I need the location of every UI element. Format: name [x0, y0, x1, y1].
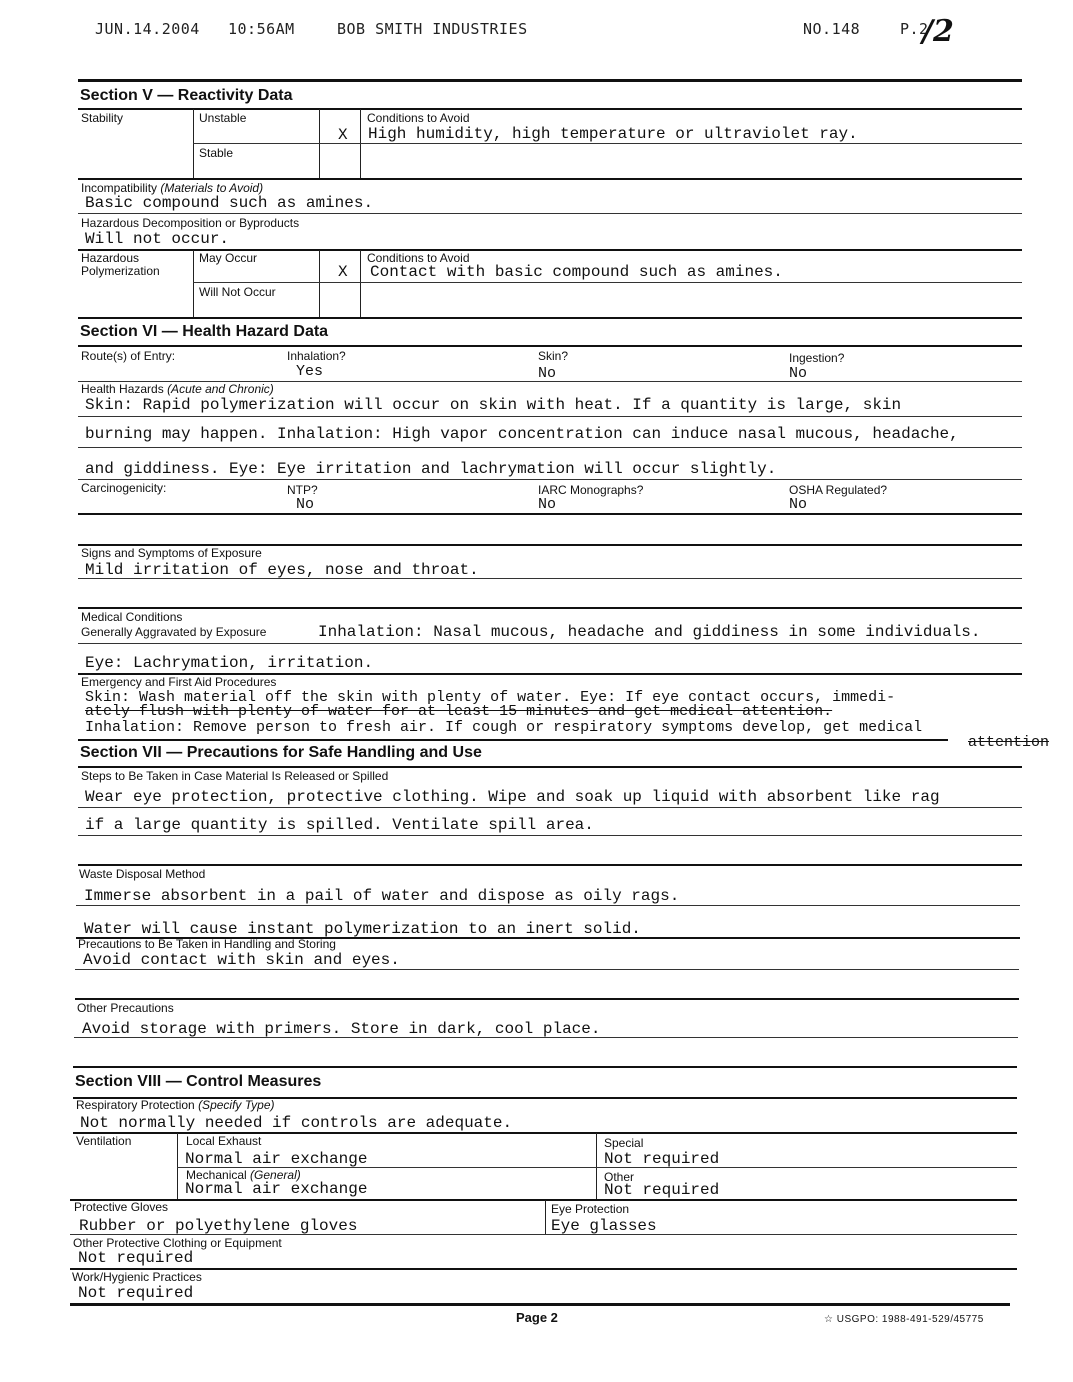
other-precautions-value: Avoid storage with primers. Store in dar…: [82, 1021, 600, 1038]
decomposition-label: Hazardous Decomposition or Byproducts: [81, 217, 299, 230]
page-number: Page 2: [516, 1310, 558, 1325]
first-aid-label: Emergency and First Aid Procedures: [81, 676, 276, 689]
divider: [70, 1268, 1017, 1270]
iarc-value: No: [538, 497, 556, 512]
divider: [78, 79, 1022, 82]
divider: [78, 864, 1022, 866]
other-ventilation-value: Not required: [604, 1182, 719, 1199]
may-occur-label: May Occur: [199, 252, 257, 265]
local-exhaust-value: Normal air exchange: [185, 1151, 367, 1168]
may-occur-checkbox[interactable]: X: [338, 264, 348, 281]
health-hazards-line-3: and giddiness. Eye: Eye irritation and l…: [85, 461, 776, 478]
unstable-label: Unstable: [199, 112, 246, 125]
polymerization-label-2: Polymerization: [81, 265, 160, 278]
spill-line-2: if a large quantity is spilled. Ventilat…: [85, 817, 594, 834]
will-not-occur-label: Will Not Occur: [199, 286, 276, 299]
divider: [78, 766, 1022, 768]
divider: [78, 739, 948, 741]
special-label: Special: [604, 1137, 643, 1150]
section5-title: Section V — Reactivity Data: [80, 87, 293, 105]
inhalation-label: Inhalation?: [287, 350, 346, 363]
medical-label-1: Medical Conditions: [81, 611, 182, 624]
fax-date: JUN.14.2004: [95, 20, 200, 38]
respiratory-value: Not normally needed if controls are adeq…: [80, 1115, 512, 1132]
other-precautions-label: Other Precautions: [77, 1002, 174, 1015]
incompatibility-value: Basic compound such as amines.: [85, 195, 373, 212]
first-aid-line-4: attention: [968, 735, 1049, 750]
hygiene-value: Not required: [78, 1285, 193, 1302]
local-exhaust-label: Local Exhaust: [186, 1135, 261, 1148]
section7-title: Section VII — Precautions for Safe Handl…: [80, 744, 482, 762]
divider: [78, 345, 1022, 347]
routes-label: Route(s) of Entry:: [81, 350, 175, 363]
divider: [193, 143, 1022, 144]
divider: [75, 969, 1019, 970]
divider: [78, 513, 1022, 515]
divider: [177, 1167, 1017, 1168]
divider: [319, 250, 320, 317]
polymerization-conditions-value: Contact with basic compound such as amin…: [370, 264, 783, 281]
respiratory-label-text: Respiratory Protection: [76, 1098, 195, 1112]
ventilation-label: Ventilation: [76, 1135, 131, 1148]
stability-conditions-label: Conditions to Avoid: [367, 112, 470, 125]
medical-line-2: Eye: Lachrymation, irritation.: [85, 655, 373, 672]
spill-label: Steps to Be Taken in Case Material Is Re…: [81, 770, 388, 783]
divider: [78, 479, 1022, 480]
respiratory-label: Respiratory Protection (Specify Type): [76, 1099, 275, 1112]
medical-line-1: Inhalation: Nasal mucous, headache and g…: [318, 624, 981, 641]
eye-protection-value: Eye glasses: [551, 1218, 657, 1235]
divider: [360, 250, 361, 317]
skin-label: Skin?: [538, 350, 568, 363]
divider: [193, 250, 194, 317]
divider: [78, 607, 1022, 609]
handling-value: Avoid contact with skin and eyes.: [83, 952, 400, 969]
divider: [545, 1200, 546, 1234]
inhalation-value: Yes: [296, 364, 323, 379]
decomposition-value: Will not occur.: [85, 231, 229, 248]
divider: [193, 282, 1022, 283]
ingestion-label: Ingestion?: [789, 352, 844, 365]
health-hazards-line-1: Skin: Rapid polymerization will occur on…: [85, 397, 901, 414]
divider: [73, 1066, 1017, 1068]
divider: [78, 835, 1022, 836]
divider: [70, 1199, 1017, 1201]
health-hazards-label: Health Hazards (Acute and Chronic): [81, 383, 274, 396]
spill-line-1: Wear eye protection, protective clothing…: [85, 789, 940, 806]
fax-number: NO.148: [803, 20, 860, 38]
divider: [78, 317, 1022, 319]
health-hazards-label-text: Health Hazards: [81, 382, 164, 396]
other-clothing-value: Not required: [78, 1250, 193, 1267]
gloves-label: Protective Gloves: [74, 1201, 168, 1214]
print-code: ☆ USGPO: 1988-491-529/45775: [824, 1314, 984, 1325]
stability-label: Stability: [81, 112, 123, 125]
stable-label: Stable: [199, 147, 233, 160]
handling-label: Precautions to Be Taken in Handling and …: [78, 938, 336, 951]
divider: [78, 178, 1022, 180]
divider: [70, 1303, 1010, 1306]
stability-conditions-value: High humidity, high temperature or ultra…: [368, 126, 858, 143]
hygiene-label: Work/Hygienic Practices: [72, 1271, 202, 1284]
skin-value: No: [538, 366, 556, 381]
waste-label: Waste Disposal Method: [79, 868, 205, 881]
divider: [76, 905, 1020, 906]
medical-label-2: Generally Aggravated by Exposure: [81, 626, 266, 639]
incompatibility-label-text: Incompatibility: [81, 181, 157, 195]
divider: [78, 213, 1022, 214]
divider: [70, 1234, 1017, 1235]
osha-value: No: [789, 497, 807, 512]
health-hazards-line-2: burning may happen. Inhalation: High vap…: [85, 426, 959, 443]
first-aid-line-3: Inhalation: Remove person to fresh air. …: [85, 720, 922, 735]
ntp-value: No: [296, 497, 314, 512]
first-aid-line-2: ately flush with plenty of water for at …: [85, 704, 832, 719]
incompatibility-label-italic: (Materials to Avoid): [160, 181, 263, 195]
divider: [78, 108, 1022, 110]
waste-line-1: Immerse absorbent in a pail of water and…: [84, 888, 679, 905]
signs-label: Signs and Symptoms of Exposure: [81, 547, 262, 560]
signs-value: Mild irritation of eyes, nose and throat…: [85, 562, 479, 579]
fax-company: BOB SMITH INDUSTRIES: [337, 20, 528, 38]
health-hazards-label-italic: (Acute and Chronic): [167, 382, 274, 396]
gloves-value: Rubber or polyethylene gloves: [79, 1218, 357, 1235]
handwritten-page-total: /2: [922, 14, 954, 49]
fax-time: 10:56AM: [228, 20, 295, 38]
eye-protection-label: Eye Protection: [551, 1203, 629, 1216]
divider: [78, 643, 1022, 644]
divider: [78, 578, 1022, 579]
divider: [78, 807, 1022, 808]
waste-line-2: Water will cause instant polymerization …: [84, 921, 641, 938]
section8-title: Section VIII — Control Measures: [75, 1073, 321, 1091]
divider: [78, 447, 1022, 448]
carcinogenicity-label: Carcinogenicity:: [81, 482, 166, 495]
unstable-checkbox[interactable]: X: [338, 127, 348, 144]
mechanical-value: Normal air exchange: [185, 1181, 367, 1198]
divider: [75, 998, 1019, 1000]
ingestion-value: No: [789, 366, 807, 381]
respiratory-label-italic: (Specify Type): [198, 1098, 274, 1112]
special-value: Not required: [604, 1151, 719, 1168]
divider: [74, 1037, 1018, 1038]
divider: [78, 416, 1022, 417]
section6-title: Section VI — Health Hazard Data: [80, 323, 328, 341]
